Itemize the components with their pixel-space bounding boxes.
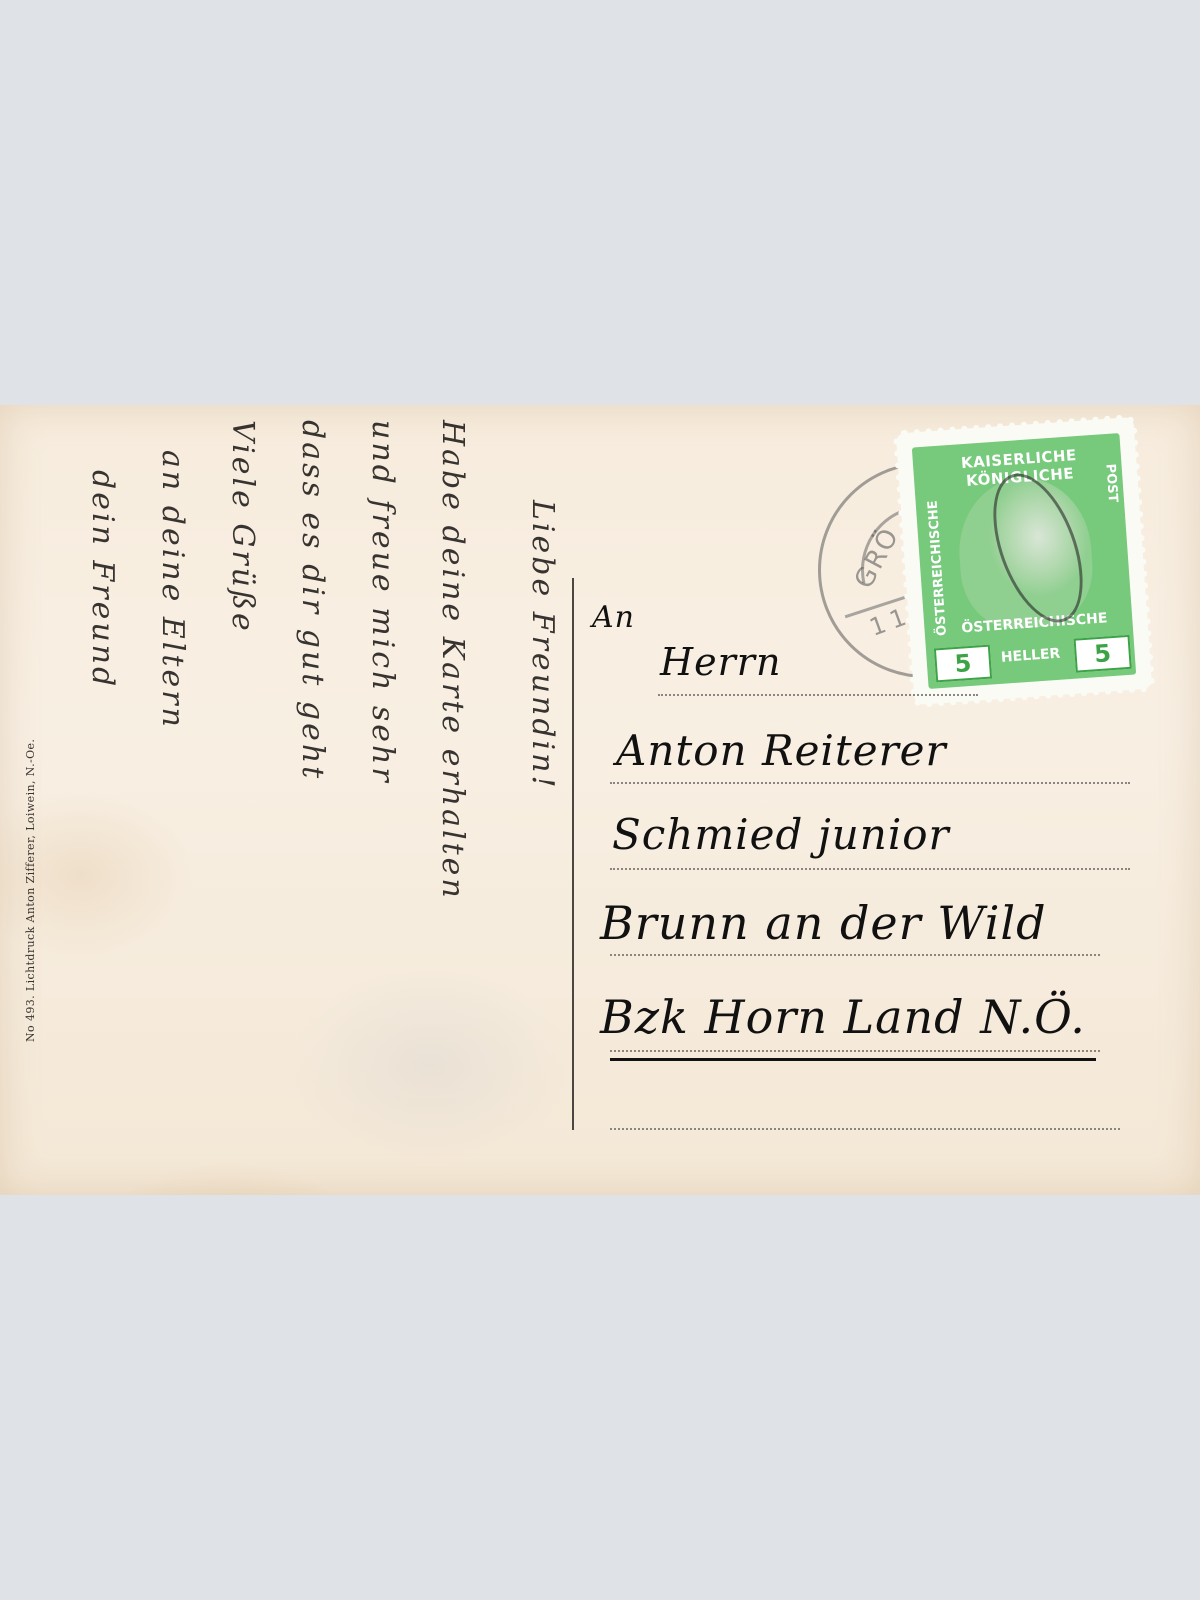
card-divider (572, 578, 574, 1130)
message-line: Liebe Freundin! (525, 500, 560, 791)
stamp-left-text: ÖSTERREICHISCHE (926, 500, 950, 637)
stamp-value-left: 5 (934, 645, 992, 683)
message-line: und freue mich sehr (365, 420, 400, 785)
message-line: an deine Eltern (155, 450, 190, 730)
address-dotted-line (610, 1050, 1100, 1052)
message-line: dass es dir gut geht (295, 420, 330, 781)
address-dotted-line (610, 868, 1130, 870)
address-name: Anton Reiterer (616, 726, 947, 775)
address-salutation: An (592, 600, 635, 635)
stamp-value-right: 5 (1074, 635, 1132, 673)
stamp-currency: HELLER (990, 645, 1071, 667)
address-dotted-line (658, 694, 978, 696)
address-dotted-line (610, 1128, 1120, 1130)
address-district: Bzk Horn Land N.Ö. (600, 990, 1086, 1044)
message-line: Habe deine Karte erhalten (435, 420, 470, 901)
printer-imprint: No 493. Lichtdruck Anton Zifferer, Loiwe… (24, 739, 37, 1042)
message-line: dein Freund (85, 470, 120, 689)
address-dotted-line (610, 954, 1100, 956)
address-dotted-line (610, 782, 1130, 784)
address-town: Brunn an der Wild (600, 896, 1047, 950)
address-occupation: Schmied junior (612, 810, 950, 859)
address-title: Herrn (660, 640, 781, 684)
address-underline (610, 1058, 1096, 1061)
stamp-right-text: POST (1102, 463, 1120, 503)
message-line: Viele Grüße (225, 420, 260, 634)
